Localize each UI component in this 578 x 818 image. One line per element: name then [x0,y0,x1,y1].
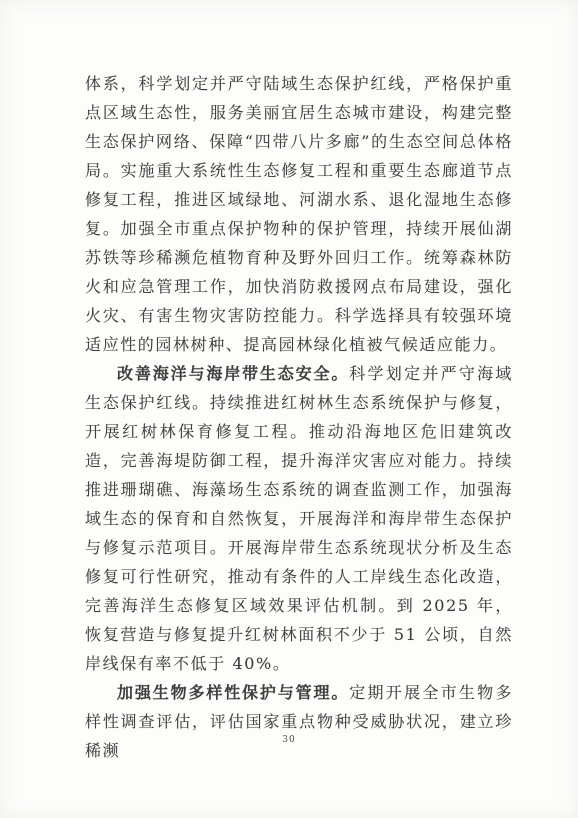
paragraph: 体系，科学划定并严守陆域生态保护红线，严格保护重点区域生态性，服务美丽宜居生态城… [85,69,513,359]
paragraph-text: 科学划定并严守海域生态保护红线。持续推进红树林生态系统保护与修复，开展红树林保育… [85,364,513,673]
paragraph-text: 体系，科学划定并严守陆域生态保护红线，严格保护重点区域生态性，服务美丽宜居生态城… [85,74,513,354]
paragraph: 改善海洋与海岸带生态安全。科学划定并严守海域生态保护红线。持续推进红树林生态系统… [85,359,513,678]
page-number: 30 [0,735,578,745]
paragraph-lead-bold: 加强生物多样性保护与管理。 [117,683,349,702]
document-page: 体系，科学划定并严守陆域生态保护红线，严格保护重点区域生态性，服务美丽宜居生态城… [0,0,578,818]
paragraph-lead-bold: 改善海洋与海岸带生态安全。 [117,364,349,383]
paragraph: 加强生物多样性保护与管理。定期开展全市生物多样性调查评估，评估国家重点物种受威胁… [85,678,513,765]
body-text: 体系，科学划定并严守陆域生态保护红线，严格保护重点区域生态性，服务美丽宜居生态城… [85,69,513,765]
